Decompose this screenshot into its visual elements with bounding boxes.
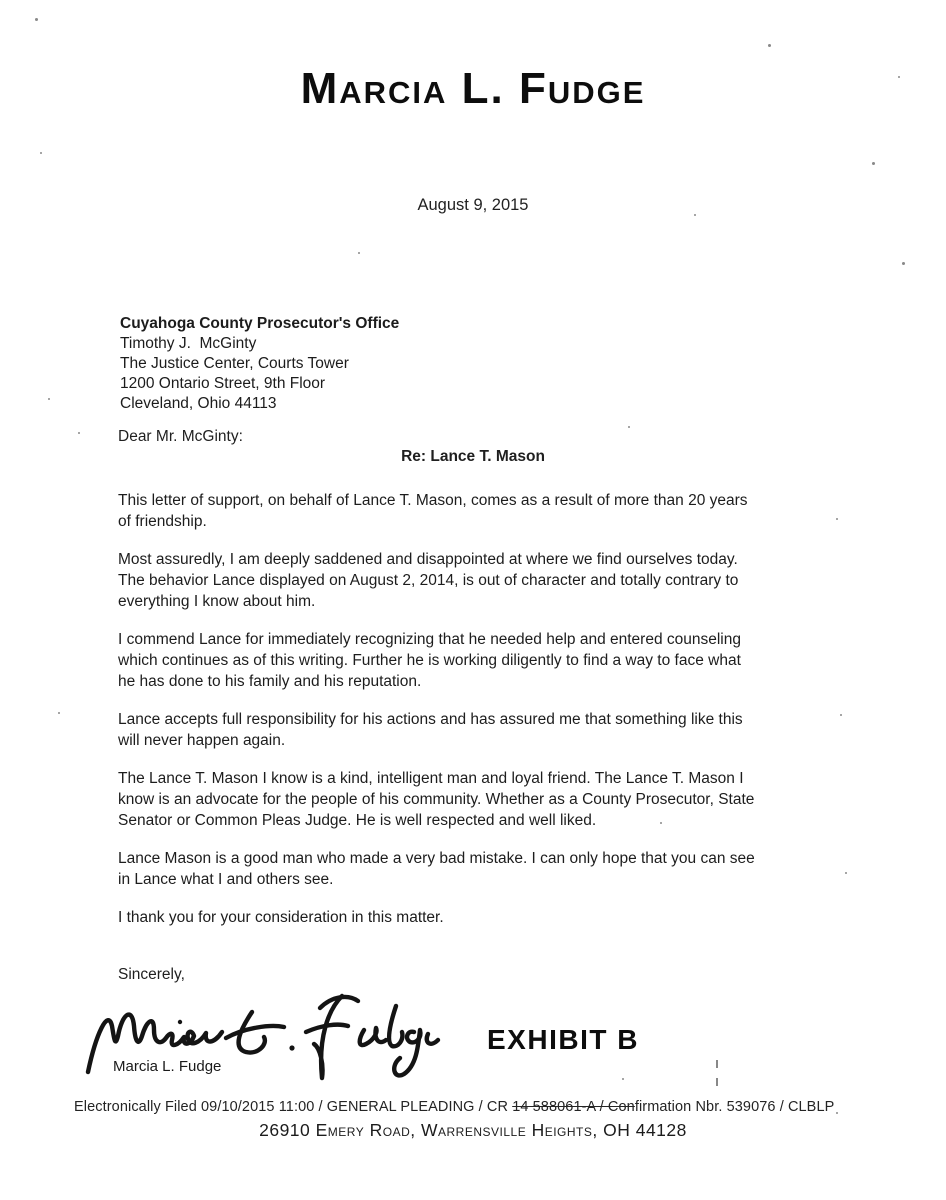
scan-speckle [768, 44, 771, 47]
scan-speckle [902, 262, 905, 265]
filing-footer: Electronically Filed 09/10/2015 11:00 / … [74, 1099, 834, 1115]
scan-speckle [628, 426, 630, 428]
paragraph-3: I commend Lance for immediately recogniz… [118, 629, 848, 692]
scan-speckle [872, 162, 875, 165]
scan-speckle [898, 76, 900, 78]
footer-address: 26910 Emery Road, Warrensville Heights, … [0, 1120, 946, 1141]
paragraph-2: Most assuredly, I am deeply saddened and… [118, 549, 848, 612]
scan-speckle [58, 712, 60, 714]
letter-date: August 9, 2015 [0, 196, 946, 215]
scan-speckle [660, 822, 662, 824]
typed-signature-name: Marcia L. Fudge [113, 1058, 221, 1075]
paragraph-7: I thank you for your consideration in th… [118, 907, 848, 928]
scan-speckle [40, 152, 42, 154]
scan-speckle [48, 398, 50, 400]
scan-speckle [35, 18, 38, 21]
filing-footer-pre: Electronically Filed 09/10/2015 11:00 / … [74, 1099, 512, 1115]
filing-footer-struck: 14 588061-A / Con [512, 1099, 635, 1115]
paragraph-1: This letter of support, on behalf of Lan… [118, 490, 848, 532]
scan-speckle [836, 518, 838, 520]
valediction: Sincerely, [118, 966, 185, 984]
salutation: Dear Mr. McGinty: [118, 428, 243, 446]
letter-body: This letter of support, on behalf of Lan… [118, 490, 848, 945]
re-line: Re: Lance T. Mason [0, 448, 946, 466]
recipient-office: Cuyahoga County Prosecutor's Office [120, 314, 399, 334]
scan-speckle [845, 872, 847, 874]
paragraph-6: Lance Mason is a good man who made a ver… [118, 848, 848, 890]
filing-footer-post: firmation Nbr. 539076 / CLBLP [635, 1099, 835, 1115]
scan-speckle [622, 1078, 624, 1080]
recipient-address: Cuyahoga County Prosecutor's Office Timo… [120, 314, 399, 414]
recipient-street: 1200 Ontario Street, 9th Floor [120, 374, 399, 394]
recipient-name: Timothy J. McGinty [120, 334, 399, 354]
paragraph-4: Lance accepts full responsibility for hi… [118, 709, 848, 751]
paragraph-5: The Lance T. Mason I know is a kind, int… [118, 768, 848, 831]
scan-speckle [836, 1112, 838, 1114]
scan-speckle [78, 432, 80, 434]
recipient-building: The Justice Center, Courts Tower [120, 354, 399, 374]
letterhead-name: Marcia L. Fudge [0, 64, 946, 114]
scanned-letter-page: Marcia L. Fudge August 9, 2015 Cuyahoga … [0, 0, 946, 1200]
scan-tick-mark [716, 1078, 718, 1086]
exhibit-label: EXHIBIT B [487, 1024, 639, 1056]
recipient-city: Cleveland, Ohio 44113 [120, 394, 399, 414]
scan-speckle [358, 252, 360, 254]
scan-speckle [694, 214, 696, 216]
scan-tick-mark [716, 1060, 718, 1068]
scan-speckle [840, 714, 842, 716]
